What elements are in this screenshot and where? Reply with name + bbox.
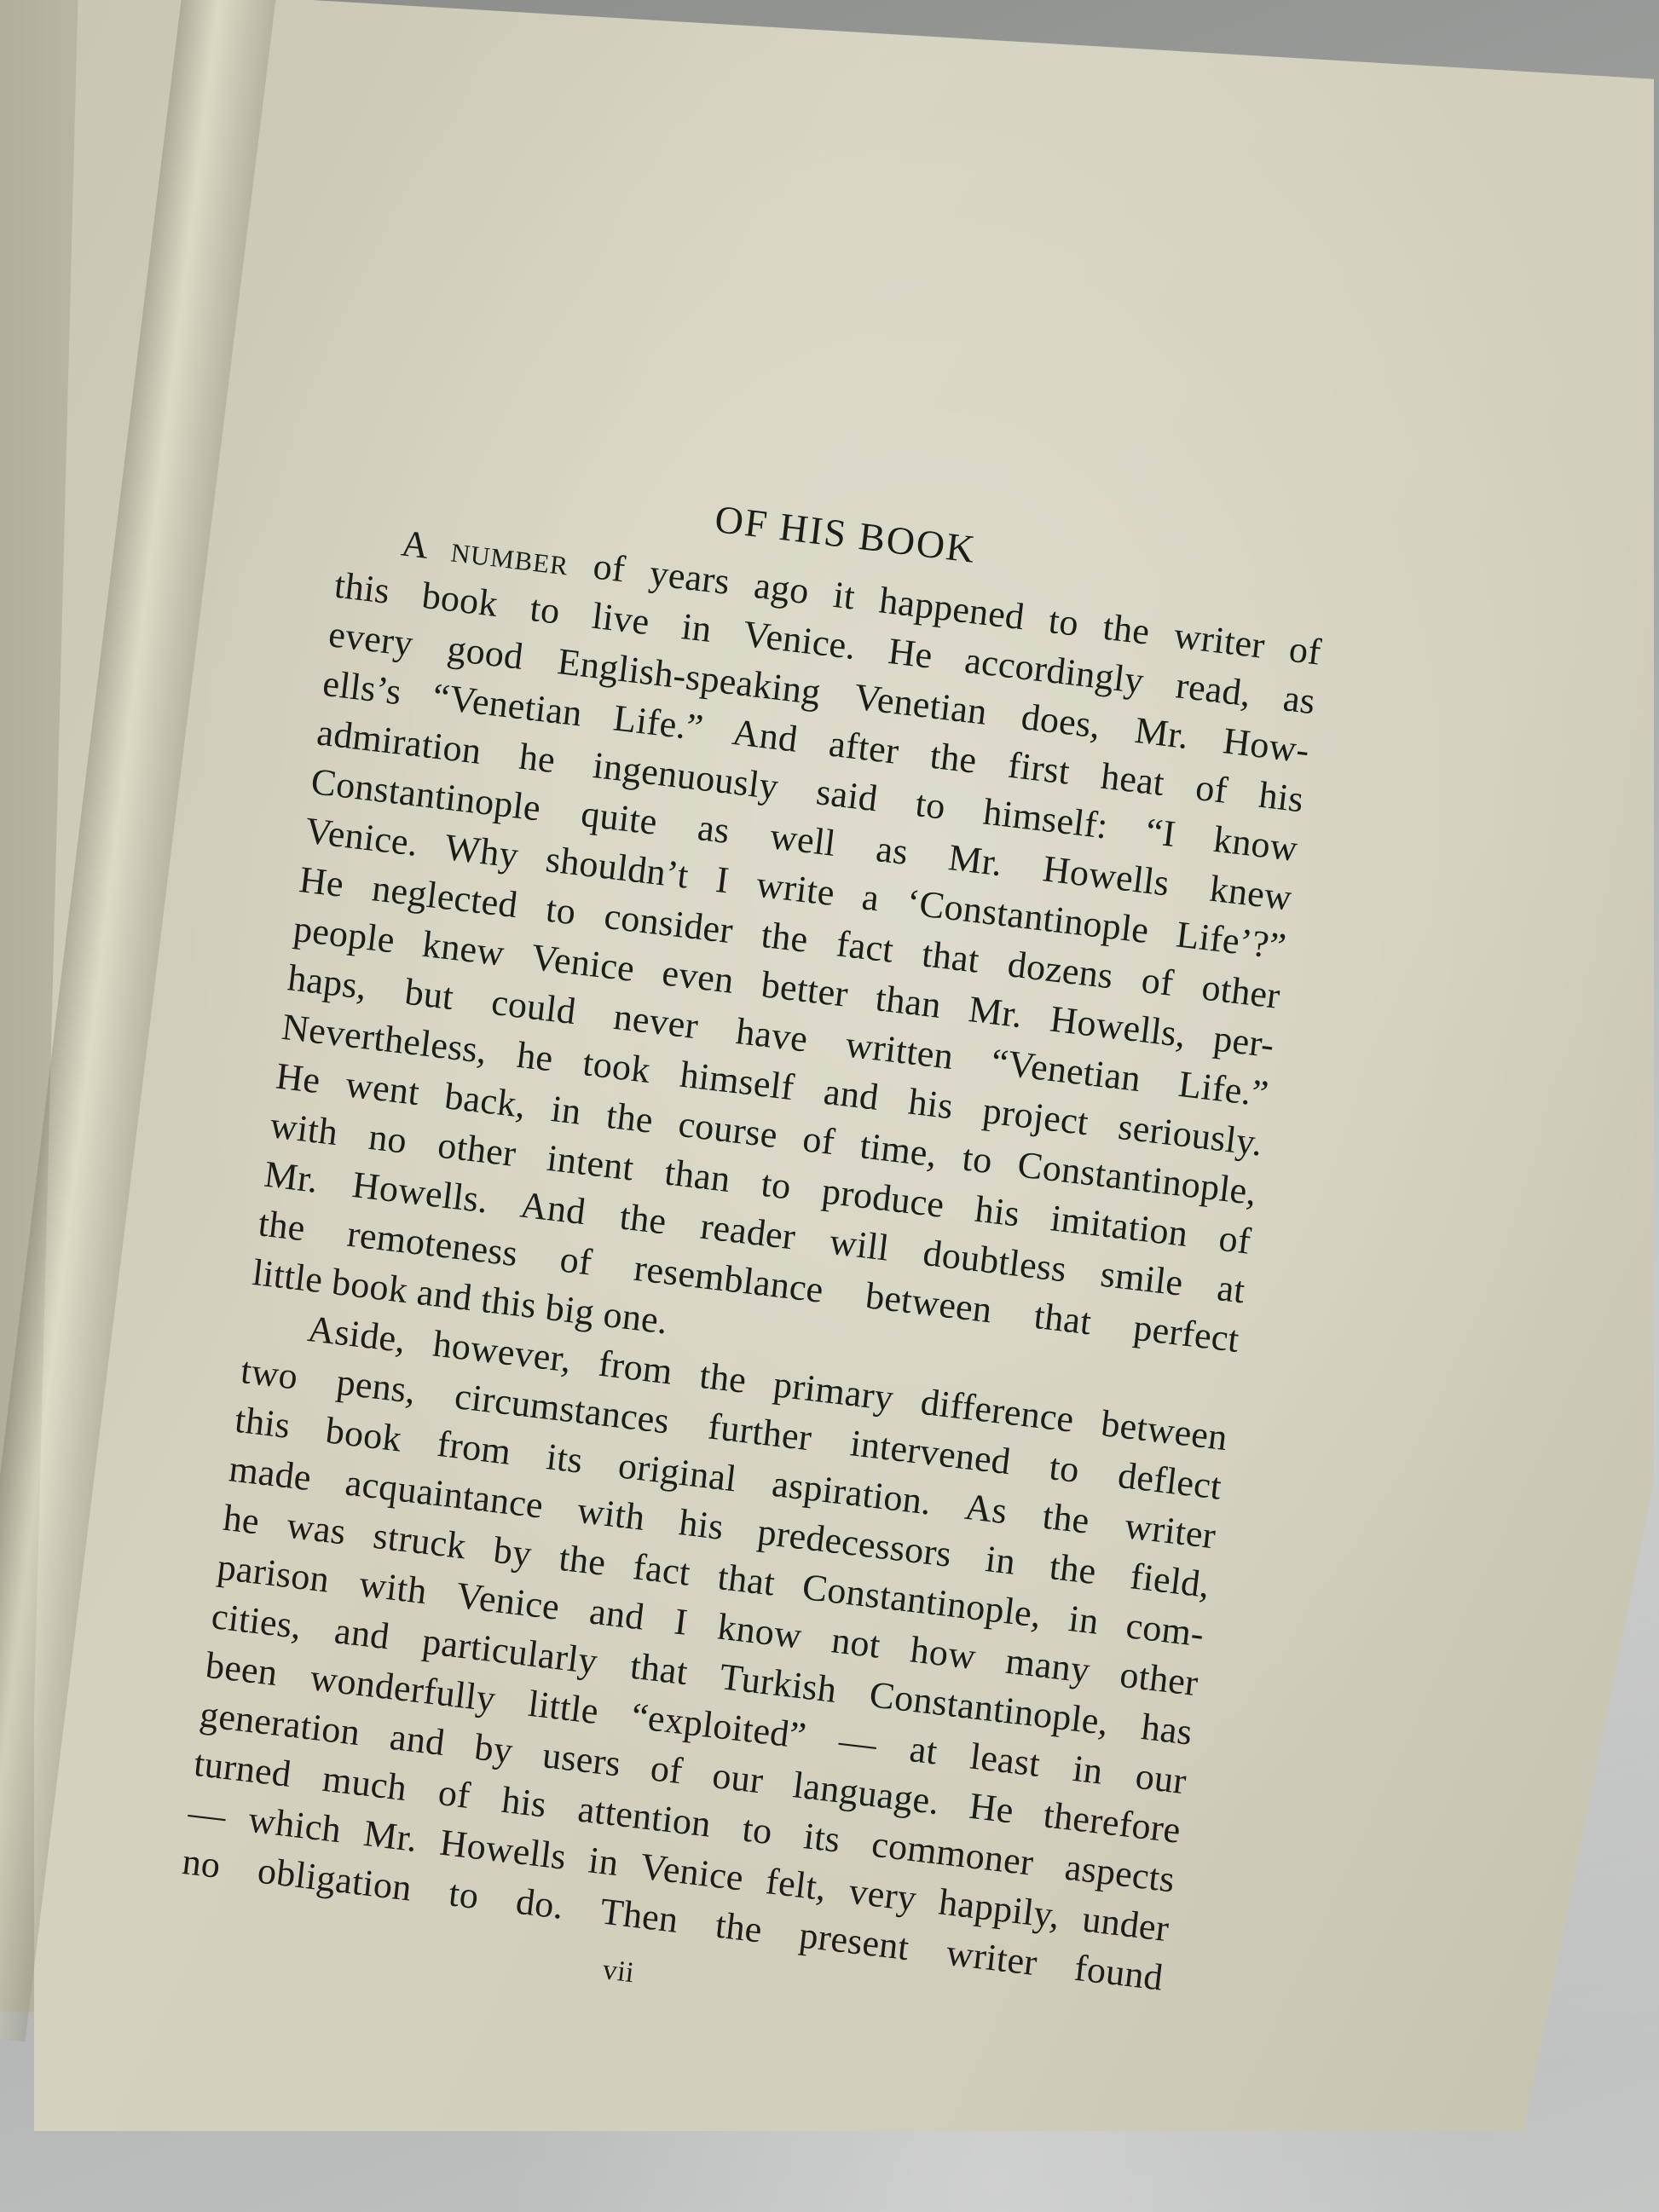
paragraph-1: A number of years ago it happened to the…: [189, 504, 1324, 1413]
drop-lead-letter: A: [399, 523, 429, 567]
paragraph-2: Aside, however, from the primary differe…: [118, 1290, 1230, 2003]
page-text-block: OF HIS BOOK A number of years ago it hap…: [112, 443, 1331, 2060]
